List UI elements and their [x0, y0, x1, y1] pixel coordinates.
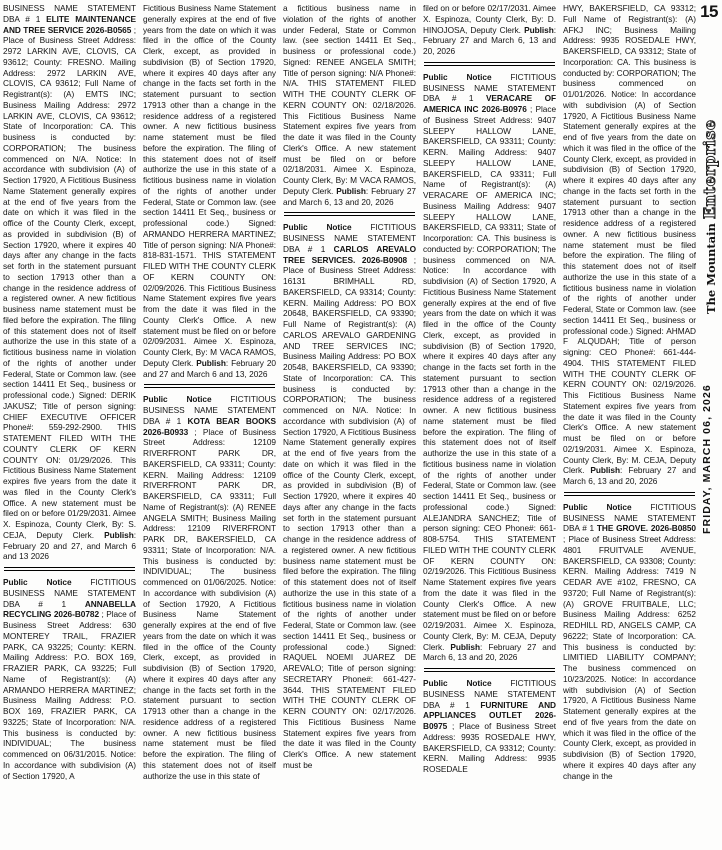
text-column-2: Fictitious Business Name Statement gener…: [143, 3, 276, 850]
masthead-vertical: The MountainEnterprise: [700, 138, 720, 314]
text-column-5: HWY, BAKERSFIELD, CA 93312; Full Name of…: [563, 3, 696, 850]
text-column-3: a fictitious business name in violation …: [283, 3, 416, 850]
notice-divider: [4, 567, 135, 571]
notice-divider: [284, 212, 415, 216]
page-number: 15: [700, 2, 718, 22]
notice-annabella-recycling: Public Notice FICTITIOUS BUSINESS NAME S…: [3, 577, 136, 781]
notice-furniture-and-appliances-outlet: Public Notice FICTITIOUS BUSINESS NAME S…: [423, 678, 556, 775]
newspaper-legal-notices-page: BUSINESS NAME STATEMENT DBA # 1 ELITE MA…: [0, 0, 722, 850]
masthead-title: Enterprise: [700, 119, 719, 219]
notice-carlos-arevalo-continued: filed on or before 02/17/2031. Aimee X. …: [423, 3, 556, 57]
notice-divider: [564, 492, 695, 496]
notice-furniture-and-appliances-outlet-continued: HWY, BAKERSFIELD, CA 93312; Full Name of…: [563, 3, 696, 487]
legal-notices-columns: BUSINESS NAME STATEMENT DBA # 1 ELITE MA…: [3, 3, 696, 850]
notice-the-grove: Public Notice FICTITIOUS BUSINESS NAME S…: [563, 502, 696, 782]
text-column-4: filed on or before 02/17/2031. Aimee X. …: [423, 3, 556, 850]
notice-veracare-of-america: Public Notice FICTITIOUS BUSINESS NAME S…: [423, 72, 556, 663]
notice-divider: [424, 668, 555, 672]
notice-kota-bear-books-continued: a fictitious business name in violation …: [283, 3, 416, 207]
page-edge-strip: 15 The MountainEnterprise FRIDAY, MARCH …: [695, 0, 722, 850]
notice-divider: [424, 62, 555, 66]
text-column-1: BUSINESS NAME STATEMENT DBA # 1 ELITE MA…: [3, 3, 136, 850]
notice-elite-maintenance-and-tree-service: BUSINESS NAME STATEMENT DBA # 1 ELITE MA…: [3, 3, 136, 562]
notice-annabella-recycling-continued: Fictitious Business Name Statement gener…: [143, 3, 276, 379]
notice-divider: [144, 384, 275, 388]
notice-carlos-arevalo-tree-services: Public Notice FICTITIOUS BUSINESS NAME S…: [283, 222, 416, 770]
date-vertical: FRIDAY, MARCH 06, 2026: [701, 352, 713, 534]
notice-kota-bear-books: Public Notice FICTITIOUS BUSINESS NAME S…: [143, 394, 276, 781]
masthead-prefix: The Mountain: [704, 223, 718, 314]
